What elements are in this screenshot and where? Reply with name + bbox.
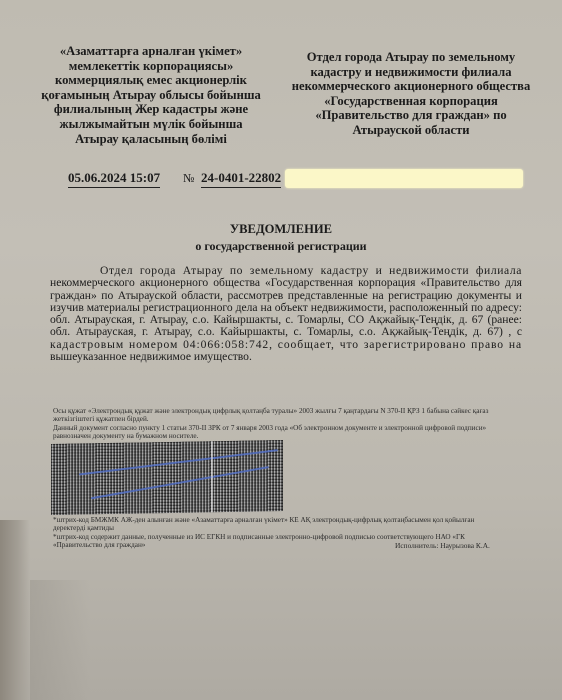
signature-stroke — [91, 466, 269, 499]
body-line: некоммерческого акционерного общества «Г… — [50, 277, 522, 289]
registration-number: 24-0401-22802 — [201, 170, 281, 188]
footnote-line: Данный документ согласно пункту 1 статьи… — [53, 424, 523, 432]
footnote-line: жеткізгіштегі құжатпен бірдей. — [53, 415, 523, 423]
footnote-line: Осы құжат «Электрондық құжат және электр… — [53, 407, 523, 415]
body-line: вышеуказанное недвижимое имущество. — [50, 351, 522, 363]
body-line: обл. Атырауская, г. Атырау, с.о. Кайырша… — [50, 326, 522, 338]
number-sign: № — [183, 171, 194, 186]
legal-footnote-top: Осы құжат «Электрондық құжат және электр… — [53, 407, 523, 441]
document-date: 05.06.2024 15:07 — [68, 170, 160, 188]
footnote-line: деректерді қамтиды — [53, 524, 523, 532]
photo-shadow-soft — [30, 580, 90, 700]
executor-name: Исполнитель: Наурызова К.А. — [395, 541, 490, 550]
footnote-line: *штрих-код БМЖМК АЖ-ден алынған және «Аз… — [53, 516, 523, 524]
redaction-highlight — [285, 169, 523, 188]
header-russian: Отдел города Атырау по земельному кадаст… — [282, 50, 540, 138]
document-title: УВЕДОМЛЕНИЕ — [0, 222, 562, 237]
2d-barcode-icon — [51, 440, 283, 515]
header-kazakh: «Азаматтарға арналған үкімет» мемлекетті… — [40, 44, 262, 146]
footnote-line: равнозначен документу на бумажном носите… — [53, 432, 523, 440]
photo-shadow — [0, 520, 30, 700]
notification-body: Отдел города Атырау по земельному кадаст… — [50, 265, 522, 363]
document-subtitle: о государственной регистрации — [0, 239, 562, 254]
footnote-line: *штрих-код содержит данные, полученные и… — [53, 533, 523, 541]
